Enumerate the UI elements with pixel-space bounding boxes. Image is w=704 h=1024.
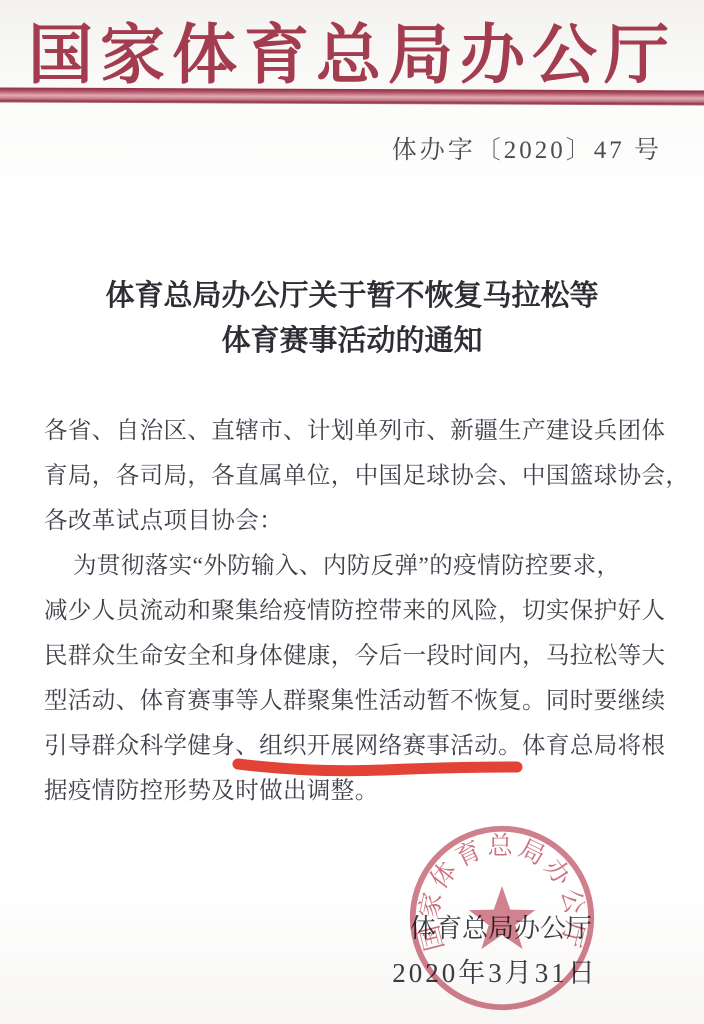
salutation-line: 育局，各司局，各直属单位，中国足球协会、中国篮球协会， <box>44 454 670 499</box>
document-page: 国家体育总局办公厅 体办字〔2020〕47 号 体育总局办公厅关于暂不恢复马拉松… <box>0 0 704 1024</box>
body-line: 减少人员流动和聚集给疫情防控带来的风险，切实保护好人 <box>44 589 670 634</box>
body-line5-prefix: 引导群众科学健身、 <box>44 733 259 759</box>
body-paragraph: 为贯彻落实“外防输入、内防反弹”的疫情防控要求， 减少人员流动和聚集给疫情防控带… <box>44 544 670 814</box>
body-line: 据疫情防控形势及时做出调整。 <box>44 769 670 814</box>
letterhead-rule <box>0 87 704 105</box>
body-line: 型活动、体育赛事等人群聚集性活动暂不恢复。同时要继续 <box>44 679 670 724</box>
letterhead-title: 国家体育总局办公厅 <box>0 2 704 96</box>
signature-agency: 体育总局办公厅 <box>404 908 598 945</box>
document-title-line2: 体育赛事活动的通知 <box>0 319 704 364</box>
salutation-line: 各省、自治区、直辖市、计划单列市、新疆生产建设兵团体 <box>44 409 670 454</box>
body-line-highlighted: 引导群众科学健身、组织开展网络赛事活动。 体育总局将根 <box>44 724 670 769</box>
body-line: 民群众生命安全和身体健康，今后一段时间内，马拉松等大 <box>44 634 670 679</box>
signature-date: 2020年3月31日 <box>386 951 604 990</box>
body-line5-highlight-text: 组织开展网络赛事活动。 <box>259 733 522 759</box>
body-line: 为贯彻落实“外防输入、内防反弹”的疫情防控要求， <box>44 544 670 589</box>
salutation-line: 各改革试点项目协会： <box>44 499 670 544</box>
body-line5-highlight-wrap: 组织开展网络赛事活动。 <box>259 724 522 769</box>
salutation: 各省、自治区、直辖市、计划单列市、新疆生产建设兵团体 育局，各司局，各直属单位，… <box>44 409 670 544</box>
document-title-line1: 体育总局办公厅关于暂不恢复马拉松等 <box>0 274 704 319</box>
document-title: 体育总局办公厅关于暂不恢复马拉松等 体育赛事活动的通知 <box>0 274 704 364</box>
document-number: 体办字〔2020〕47 号 <box>392 130 662 166</box>
body-line5-suffix: 体育总局将根 <box>522 733 665 759</box>
